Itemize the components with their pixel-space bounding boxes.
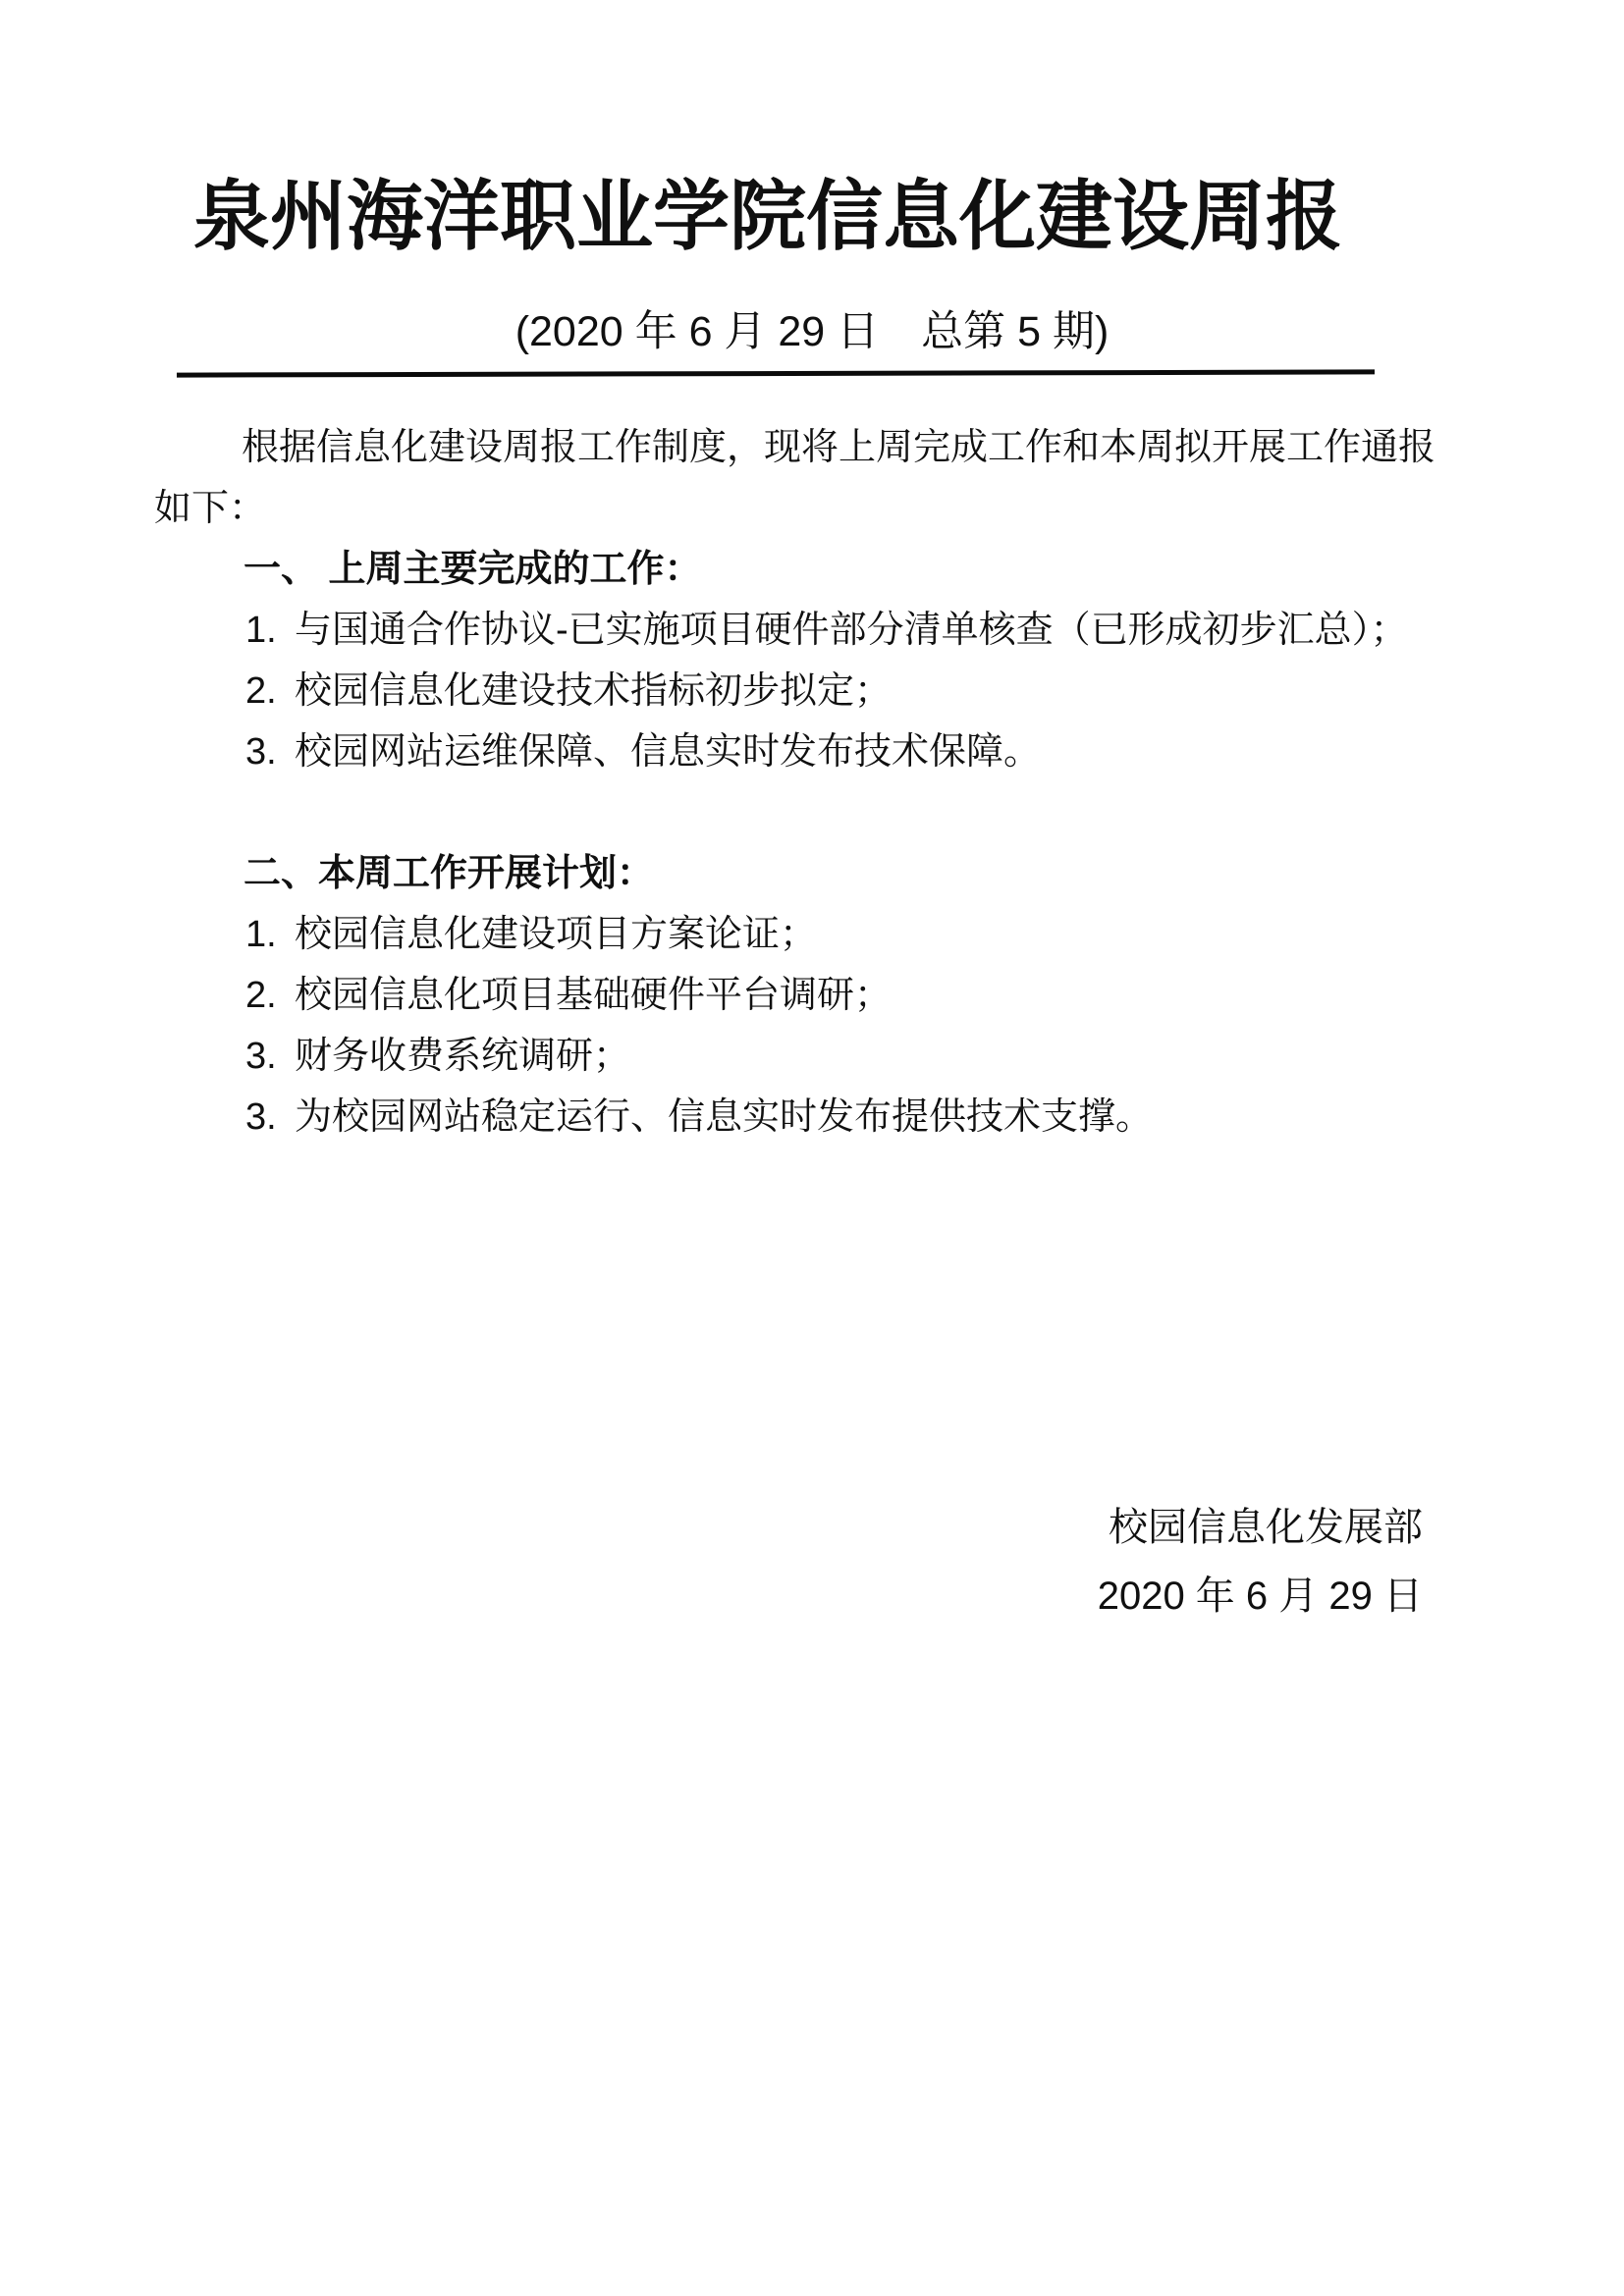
title-divider-rule — [177, 369, 1375, 377]
item-number: 2. — [245, 965, 295, 1026]
signature-block: 校园信息化发展部 2020 年 6 月 29 日 — [1098, 1493, 1423, 1630]
item-number: 3. — [245, 1026, 295, 1087]
item-text: 财务收费系统调研； — [295, 1036, 630, 1077]
issue-date-subtitle: (2020 年 6 月 29 日 总第 5 期) — [0, 298, 1624, 358]
section-2-item-2: 2.校园信息化项目基础硬件平台调研； — [154, 965, 1475, 1026]
intro-paragraph-line-2: 如下： — [154, 478, 1475, 539]
section-1-item-3: 3.校园网站运维保障、信息实时发布技术保障。 — [154, 721, 1475, 782]
item-number: 2. — [245, 661, 295, 721]
section-1-item-1: 1.与国通合作协议-已实施项目硬件部分清单核查（已形成初步汇总）； — [154, 600, 1475, 661]
item-number: 1. — [245, 904, 295, 965]
section-gap — [154, 782, 1475, 843]
signature-department: 校园信息化发展部 — [1098, 1493, 1423, 1562]
document-page: 泉州海洋职业学院信息化建设周报 (2020 年 6 月 29 日 总第 5 期)… — [0, 0, 1624, 2296]
item-number: 3. — [245, 1087, 295, 1148]
section-2-item-1: 1.校园信息化建设项目方案论证； — [154, 904, 1475, 965]
item-text: 校园信息化建设项目方案论证； — [295, 914, 817, 955]
item-text: 校园网站运维保障、信息实时发布技术保障。 — [295, 731, 1041, 773]
section-1-item-2: 2.校园信息化建设技术指标初步拟定； — [154, 661, 1475, 721]
item-number: 1. — [245, 600, 295, 661]
document-body: 根据信息化建设周报工作制度，现将上周完成工作和本周拟开展工作通报 如下： 一、 … — [154, 417, 1475, 1148]
item-number: 3. — [245, 721, 295, 782]
item-text: 与国通合作协议-已实施项目硬件部分清单核查（已形成初步汇总）； — [295, 610, 1408, 651]
signature-date: 2020 年 6 月 29 日 — [1098, 1562, 1423, 1630]
intro-paragraph-line-1: 根据信息化建设周报工作制度，现将上周完成工作和本周拟开展工作通报 — [154, 417, 1475, 478]
section-2-item-3: 3.财务收费系统调研； — [154, 1026, 1475, 1087]
section-2-heading: 二、本周工作开展计划： — [154, 843, 1475, 904]
item-text: 校园信息化项目基础硬件平台调研； — [295, 975, 892, 1016]
item-text: 为校园网站稳定运行、信息实时发布提供技术支撑。 — [295, 1096, 1153, 1138]
page-title: 泉州海洋职业学院信息化建设周报 — [0, 155, 1624, 265]
section-2-item-4: 3.为校园网站稳定运行、信息实时发布提供技术支撑。 — [154, 1087, 1475, 1148]
item-text: 校园信息化建设技术指标初步拟定； — [295, 670, 892, 712]
section-1-heading: 一、 上周主要完成的工作： — [154, 539, 1475, 600]
